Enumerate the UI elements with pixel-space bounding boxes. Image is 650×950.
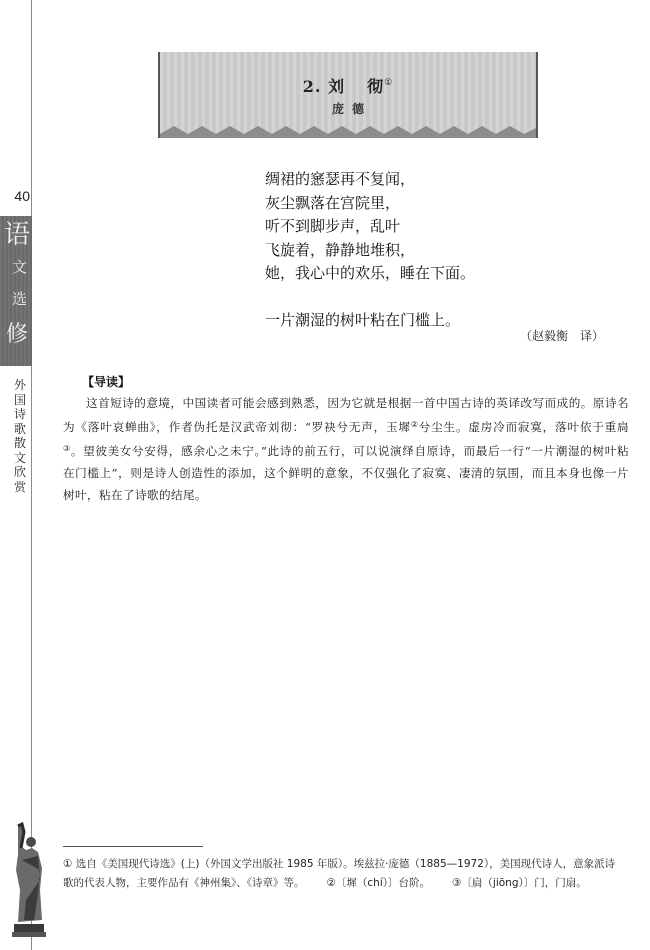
subtitle-char: 诗 <box>12 407 28 422</box>
footnote-ref-1[interactable]: ① <box>384 78 393 88</box>
margin-rule <box>31 0 32 950</box>
title-text: 刘 <box>328 77 345 96</box>
poem-title: 2. 刘彻① <box>160 74 536 97</box>
subtitle-char: 外 <box>12 378 28 393</box>
subtitle-char: 歌 <box>12 422 28 437</box>
poem-line: 飞旋着，静静地堆积， <box>265 239 475 263</box>
poem-author: 庞德 <box>160 100 536 117</box>
footnote-3: ③〔扃（jiōng）〕门，门扇。 <box>452 877 587 889</box>
footnote-row: 歌的代表人物，主要作品有《神州集》、《诗章》等。②〔墀（chí）〕台阶。③〔扃（… <box>63 874 631 893</box>
guide-text: 兮尘生。虚房冷而寂寞，落叶依于重扃 <box>419 420 629 434</box>
guide-heading: 【导读】 <box>82 373 130 390</box>
footnotes: ① 选自《美国现代诗选》(上)（外国文学出版社 1985 年版）。埃兹拉·庞德（… <box>63 855 631 893</box>
poem-line: 绸裙的窸瑟再不复闻， <box>265 168 475 192</box>
footnote-1: ① 选自《美国现代诗选》(上)（外国文学出版社 1985 年版）。埃兹拉·庞德（… <box>63 855 631 874</box>
series-char: 文 <box>12 260 27 275</box>
poem-line: 一片潮湿的树叶粘在门槛上。 <box>265 309 475 333</box>
series-char: 修 <box>6 324 28 346</box>
poem-line: 听不到脚步声，乱叶 <box>265 215 475 239</box>
subtitle-char: 文 <box>12 451 28 466</box>
subtitle-char: 欣 <box>12 465 28 480</box>
footnote-divider <box>63 846 203 847</box>
series-tab: 语 文 选 修 <box>0 216 32 366</box>
series-char: 语 <box>4 222 30 248</box>
subtitle-char: 国 <box>12 393 28 408</box>
poem-body: 绸裙的窸瑟再不复闻， 灰尘飘落在宫院里， 听不到脚步声，乱叶 飞旋着，静静地堆积… <box>265 168 475 332</box>
subtitle-char: 散 <box>12 436 28 451</box>
guide-paragraph: 这首短诗的意境，中国读者可能会感到熟悉，因为它就是根据一首中国古诗的英译改写而成… <box>63 392 629 506</box>
translator-credit: （赵毅衡 译） <box>520 327 604 344</box>
poem-line: 灰尘飘落在宫院里， <box>265 192 475 216</box>
title-text: 彻 <box>367 77 384 96</box>
page-number: 40 <box>6 188 30 204</box>
title-banner: 2. 刘彻① 庞德 <box>158 52 538 138</box>
title-number: 2. <box>303 77 322 96</box>
footnote-ref-3[interactable]: ③ <box>63 444 71 453</box>
statue-icon <box>4 820 52 938</box>
series-char: 选 <box>12 292 27 307</box>
footnote-1-cont: 歌的代表人物，主要作品有《神州集》、《诗章》等。 <box>63 877 305 889</box>
poem-line: 她，我心中的欢乐，睡在下面。 <box>265 262 475 286</box>
subtitle-char: 赏 <box>12 480 28 495</box>
guide-text: 。望彼美女兮安得，感余心之未宁。”此诗的前五行，可以说演绎自原诗，而最后一行“一… <box>63 444 629 502</box>
zigzag-border-decoration <box>160 126 536 138</box>
footnote-2: ②〔墀（chí）〕台阶。 <box>327 877 431 889</box>
footnote-ref-2[interactable]: ② <box>411 420 419 429</box>
series-subtitle: 外 国 诗 歌 散 文 欣 赏 <box>12 378 28 494</box>
